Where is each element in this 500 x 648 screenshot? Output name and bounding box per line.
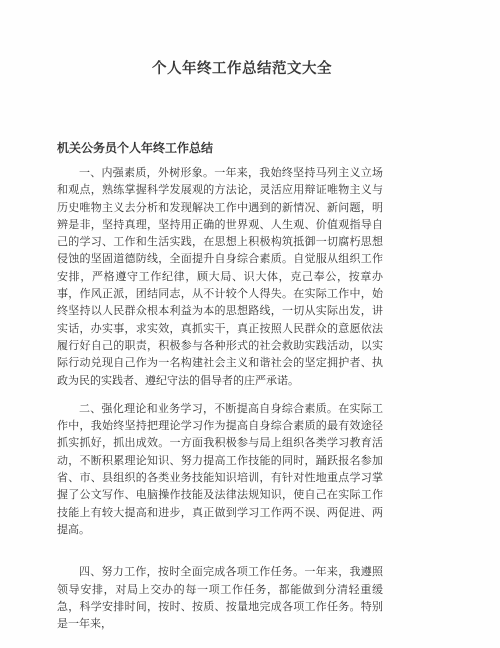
paragraph: 一、内强素质，外树形象。一年来，我始终坚持马列主义立场和观点，熟练掌握科学发展观… xyxy=(57,165,383,390)
paragraph: 二、强化理论和业务学习，不断提高自身综合素质。在实际工作中，我始终坚持把理论学习… xyxy=(57,401,383,539)
document-page: 个人年终工作总结范文大全 机关公务员个人年终工作总结 一、内强素质，外树形象。一… xyxy=(0,0,500,648)
section-heading: 机关公务员个人年终工作总结 xyxy=(57,140,383,157)
paragraph: 四、努力工作，按时全面完成各项工作任务。一年来，我遵照领导安排，对局上交办的每一… xyxy=(57,564,383,633)
document-body: 机关公务员个人年终工作总结 一、内强素质，外树形象。一年来，我始终坚持马列主义立… xyxy=(57,140,383,633)
document-title: 个人年终工作总结范文大全 xyxy=(0,59,492,79)
